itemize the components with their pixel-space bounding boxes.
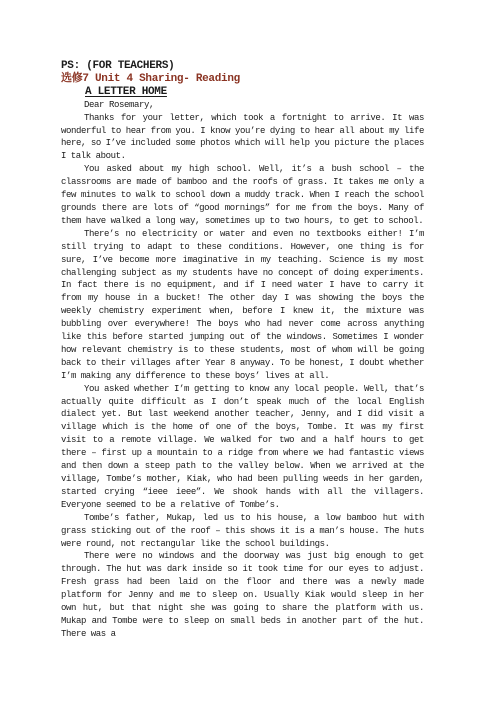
paragraph-no-windows: There were no windows and the doorway wa… bbox=[61, 550, 424, 640]
unit-title: 选修7 Unit 4 Sharing- Reading bbox=[61, 73, 424, 86]
paragraph-local-people: You asked whether I’m getting to know an… bbox=[61, 383, 424, 512]
document-page: PS: (FOR TEACHERS) 选修7 Unit 4 Sharing- R… bbox=[0, 0, 496, 702]
salutation: Dear Rosemary, bbox=[61, 99, 424, 112]
letter-title: A LETTER HOME bbox=[85, 86, 167, 98]
paragraph-thanks-for-letter: Thanks for your letter, which took a for… bbox=[61, 112, 424, 164]
paragraph-high-school: You asked about my high school. Well, it… bbox=[61, 163, 424, 228]
letter-content: PS: (FOR TEACHERS) 选修7 Unit 4 Sharing- R… bbox=[61, 60, 424, 641]
letter-title-row: A LETTER HOME bbox=[61, 86, 424, 99]
ps-note: PS: (FOR TEACHERS) bbox=[61, 60, 424, 73]
paragraph-no-electricity: There’s no electricity or water and even… bbox=[61, 228, 424, 383]
paragraph-tombes-father: Tombe’s father, Mukap, led us to his hou… bbox=[61, 512, 424, 551]
